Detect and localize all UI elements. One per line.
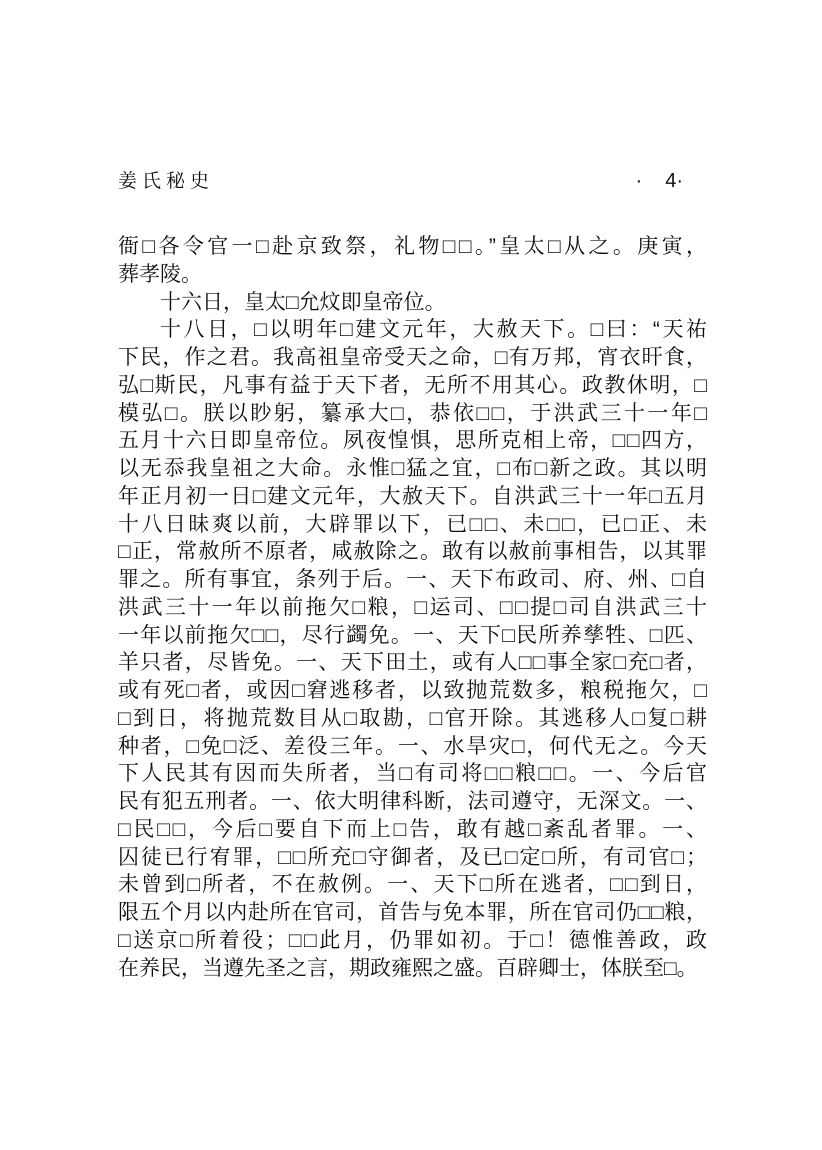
text-line: 葬孝陵。: [118, 261, 707, 289]
page-number: · 4·: [635, 170, 683, 193]
document-page: 姜氏秘史 · 4· 衙□各令官一□赴京致祭，礼物□□。”皇太□从之。庚寅，葬孝陵…: [0, 0, 822, 1150]
text-line: 或有死□者，或因□窘逃移者，以致抛荒数多，粮税拖欠，□: [118, 677, 707, 705]
text-line: 十六日，皇太□允炆即皇帝位。: [118, 289, 707, 317]
text-line: 种者，□免□泛、差役三年。一、水旱灾□，何代无之。今天: [118, 733, 707, 761]
text-line: 弘□斯民，凡事有益于天下者，无所不用其心。政教休明，□: [118, 372, 707, 400]
text-line: 年正月初一日□建文元年，大赦天下。自洪武三十一年□五月: [118, 483, 707, 511]
text-line: 十八日，□以明年□建文元年，大赦天下。□曰：“天祐: [118, 316, 707, 344]
paragraph: 衙□各令官一□赴京致祭，礼物□□。”皇太□从之。庚寅，葬孝陵。: [118, 233, 707, 289]
text-line: 囚徒已行宥罪，□□所充□守御者，及已□定□所，有司官□；: [118, 844, 707, 872]
text-line: □到日，将抛荒数目从□取勘，□官开除。其逃移人□复□耕: [118, 705, 707, 733]
text-line: 羊只者，尽皆免。一、天下田土，或有人□□事全家□充□者，: [118, 649, 707, 677]
text-line: 罪之。所有事宜，条列于后。一、天下布政司、府、州、□自: [118, 566, 707, 594]
text-line: 在养民，当遵先圣之言，期政雍熙之盛。百辟卿士，体朕至□。: [118, 955, 707, 983]
document-body: 衙□各令官一□赴京致祭，礼物□□。”皇太□从之。庚寅，葬孝陵。十六日，皇太□允炆…: [118, 233, 707, 982]
text-line: 十八日昧爽以前，大辟罪以下，已□□、未□□，已□正、未: [118, 511, 707, 539]
page-header: 姜氏秘史 · 4·: [118, 166, 707, 193]
text-line: 五月十六日即皇帝位。夙夜惶惧，思所克相上帝，□□四方，: [118, 427, 707, 455]
text-line: 民有犯五刑者。一、依大明律科断，法司遵守，无深文。一、: [118, 788, 707, 816]
text-line: 衙□各令官一□赴京致祭，礼物□□。”皇太□从之。庚寅，: [118, 233, 707, 261]
text-line: 限五个月以内赴所在官司，首告与免本罪，所在官司仍□□粮，: [118, 899, 707, 927]
text-line: 模弘□。朕以眇躬，纂承大□，恭依□□，于洪武三十一年□: [118, 400, 707, 428]
text-line: 以无忝我皇祖之大命。永惟□猛之宜，□布□新之政。其以明: [118, 455, 707, 483]
text-line: 下民，作之君。我高祖皇帝受天之命，□有万邦，宵衣旰食，: [118, 344, 707, 372]
paragraph: 十六日，皇太□允炆即皇帝位。: [118, 289, 707, 317]
text-line: 未曾到□所者，不在赦例。一、天下□所在逃者，□□到日，: [118, 871, 707, 899]
text-line: 洪武三十一年以前拖欠□粮，□运司、□□提□司自洪武三十: [118, 594, 707, 622]
text-line: □民□□，今后□要自下而上□告，敢有越□紊乱者罪。一、: [118, 816, 707, 844]
text-line: □送京□所着役；□□此月，仍罪如初。于□！德惟善政，政: [118, 927, 707, 955]
running-title: 姜氏秘史: [118, 166, 214, 193]
text-line: □正，常赦所不原者，咸赦除之。敢有以赦前事相告，以其罪: [118, 538, 707, 566]
paragraph: 十八日，□以明年□建文元年，大赦天下。□曰：“天祐下民，作之君。我高祖皇帝受天之…: [118, 316, 707, 982]
text-line: 一年以前拖欠□□，尽行蠲免。一、天下□民所养孳牲、□匹、: [118, 622, 707, 650]
text-line: 下人民其有因而失所者，当□有司将□□粮□□。一、今后官: [118, 760, 707, 788]
